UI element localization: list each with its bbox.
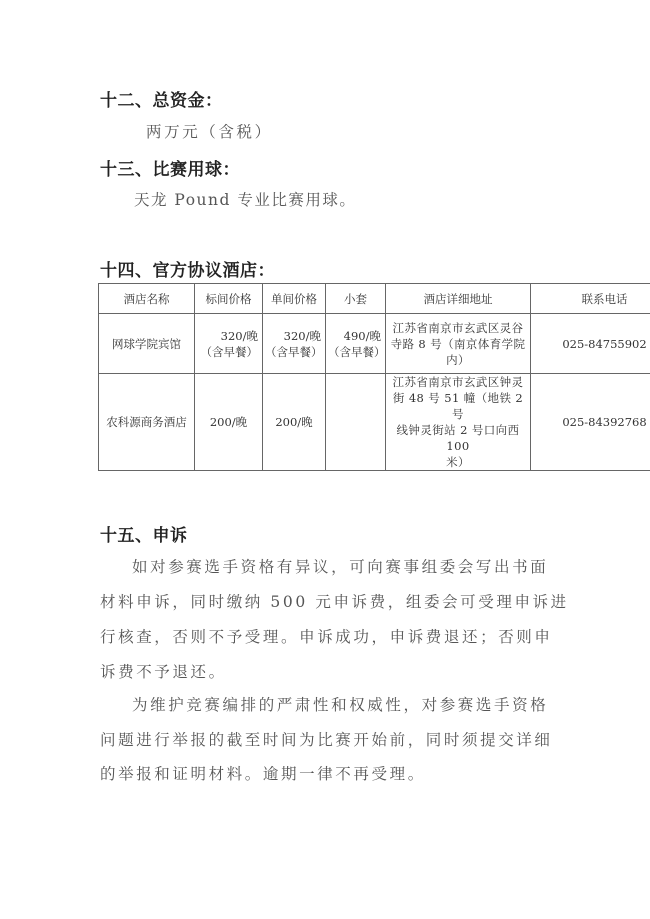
- price-note: （含早餐）: [265, 344, 321, 360]
- hotel-name: 农科源商务酒店: [99, 374, 195, 471]
- match-ball-text: 天龙 Pound 专业比赛用球。: [134, 188, 356, 210]
- address-line: 线钟灵街站 2 号口向西 100: [388, 422, 528, 454]
- standard-price: 200/晚: [195, 374, 263, 471]
- header-standard-price: 标间价格: [195, 284, 263, 314]
- suite-price: [326, 374, 386, 471]
- single-price: 200/晚: [263, 374, 326, 471]
- address-line: 内）: [388, 352, 528, 368]
- address-line: 街 48 号 51 幢（地铁 2 号: [388, 390, 528, 422]
- appeal-paragraph-2-line-3: 的举报和证明材料。逾期一律不再受理。: [100, 762, 426, 784]
- header-suite: 小套: [326, 284, 386, 314]
- hotel-table: 酒店名称 标间价格 单间价格 小套 酒店详细地址 联系电话 网球学院宾馆 320…: [98, 283, 650, 471]
- heading-appeal: 十五、申诉: [100, 521, 188, 546]
- header-phone: 联系电话: [531, 284, 650, 314]
- appeal-paragraph-2-line-2: 问题进行举报的截至时间为比赛开始前，同时须提交详细: [100, 728, 553, 750]
- table-row: 农科源商务酒店 200/晚 200/晚 江苏省南京市玄武区钟灵 街 48 号 5…: [99, 374, 650, 471]
- price-value: 320/晚: [197, 328, 258, 344]
- single-price: 320/晚 （含早餐）: [263, 314, 326, 374]
- appeal-paragraph-1-line-2: 材料申诉，同时缴纳 500 元申诉费，组委会可受理申诉进: [100, 590, 569, 612]
- appeal-paragraph-1-line-4: 诉费不予退还。: [100, 660, 227, 682]
- header-address: 酒店详细地址: [386, 284, 531, 314]
- address-line: 米）: [388, 454, 528, 470]
- hotel-phone: 025-84755902: [531, 314, 650, 374]
- appeal-paragraph-1-line-3: 行核查，否则不予受理。申诉成功，申诉费退还；否则申: [100, 625, 553, 647]
- address-line: 江苏省南京市玄武区钟灵: [388, 374, 528, 390]
- address-line: 寺路 8 号（南京体育学院: [388, 336, 528, 352]
- hotel-phone: 025-84392768: [531, 374, 650, 471]
- price-value: 490/晚: [328, 328, 381, 344]
- header-hotel-name: 酒店名称: [99, 284, 195, 314]
- price-note: （含早餐）: [328, 344, 381, 360]
- total-funds-text: 两万元（含税）: [146, 120, 273, 142]
- hotel-address: 江苏省南京市玄武区灵谷 寺路 8 号（南京体育学院 内）: [386, 314, 531, 374]
- table-header-row: 酒店名称 标间价格 单间价格 小套 酒店详细地址 联系电话: [99, 284, 650, 314]
- table-row: 网球学院宾馆 320/晚 （含早餐） 320/晚 （含早餐） 490/晚 （含早…: [99, 314, 650, 374]
- header-single-price: 单间价格: [263, 284, 326, 314]
- standard-price: 320/晚 （含早餐）: [195, 314, 263, 374]
- hotel-name: 网球学院宾馆: [99, 314, 195, 374]
- address-line: 江苏省南京市玄武区灵谷: [388, 320, 528, 336]
- price-note: （含早餐）: [197, 344, 258, 360]
- appeal-paragraph-1-line-1: 如对参赛选手资格有异议，可向赛事组委会写出书面: [132, 555, 548, 577]
- heading-match-ball: 十三、比赛用球：: [100, 155, 240, 180]
- appeal-paragraph-2-line-1: 为维护竞赛编排的严肃性和权威性，对参赛选手资格: [132, 693, 548, 715]
- suite-price: 490/晚 （含早餐）: [326, 314, 386, 374]
- heading-hotels: 十四、官方协议酒店：: [100, 256, 275, 281]
- price-value: 320/晚: [265, 328, 321, 344]
- hotel-address: 江苏省南京市玄武区钟灵 街 48 号 51 幢（地铁 2 号 线钟灵街站 2 号…: [386, 374, 531, 471]
- heading-total-funds: 十二、总资金：: [100, 86, 223, 111]
